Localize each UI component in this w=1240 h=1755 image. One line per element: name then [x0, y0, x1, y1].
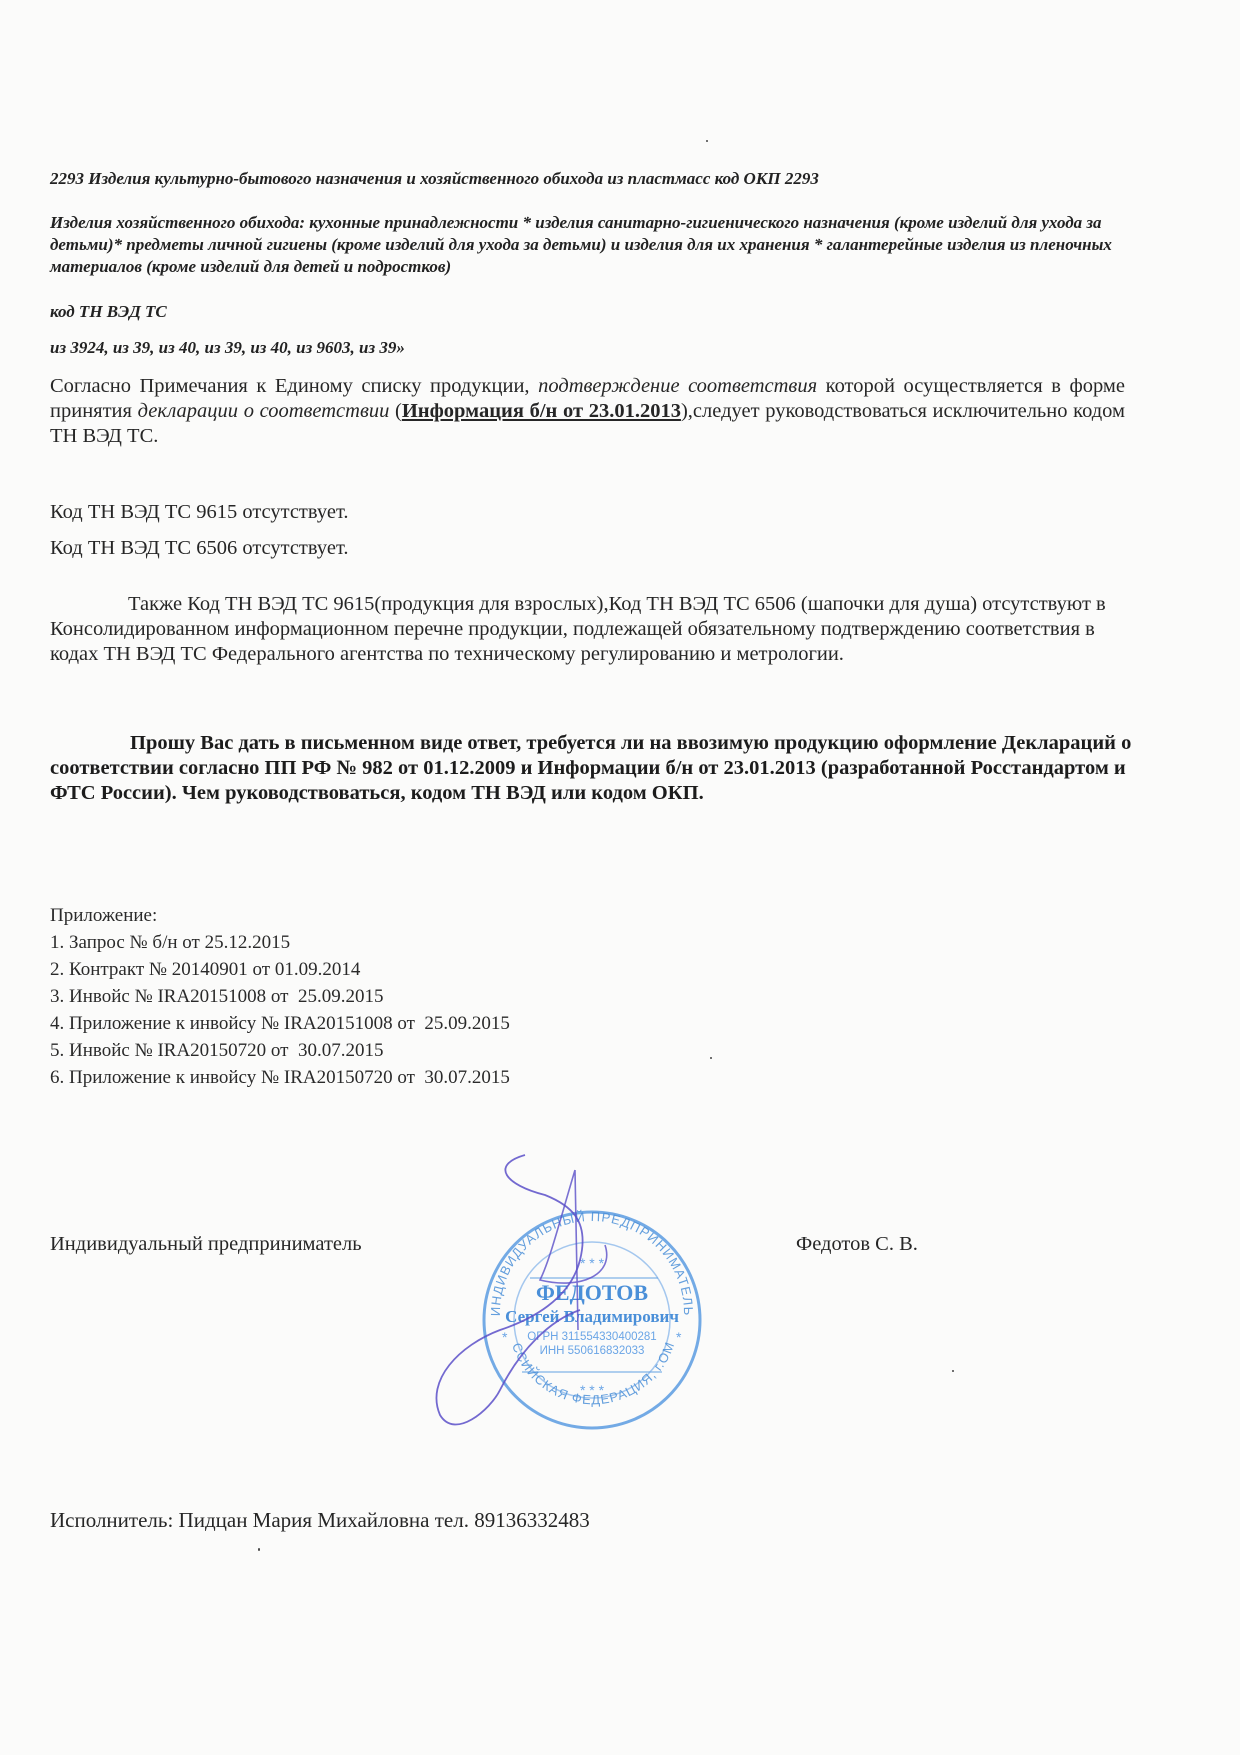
absent-code-9615: Код ТН ВЭД ТС 9615 отсутствует. — [50, 500, 349, 525]
round-seal-icon: ИНДИВИДУАЛЬНЫЙ ПРЕДПРИНИМАТЕЛЬ РОССИЙСКА… — [430, 1150, 750, 1450]
products-description: Изделия хозяйственного обихода: кухонные… — [50, 212, 1115, 278]
stamp-star-left: * — [502, 1329, 508, 1345]
request-paragraph: Прошу Вас дать в письменном виде ответ, … — [50, 731, 1135, 806]
note-italic-confirmation: подтверждение соответствия — [538, 375, 817, 397]
attachment-item: 5. Инвойс № IRA20150720 от 30.07.2015 — [50, 1037, 510, 1064]
executor-contact: Исполнитель: Пидцан Мария Михайловна тел… — [50, 1508, 590, 1533]
signer-name: Федотов С. В. — [796, 1232, 918, 1257]
attachment-item: 4. Приложение к инвойсу № IRA20151008 от… — [50, 1010, 510, 1037]
attachment-item: 3. Инвойс № IRA20151008 от 25.09.2015 — [50, 983, 510, 1010]
signer-position: Индивидуальный предприниматель — [50, 1232, 362, 1257]
stamp-star-right: * — [676, 1329, 682, 1345]
tnved-codes: из 3924, из 39, из 40, из 39, из 40, из … — [50, 337, 405, 359]
note-italic-declaration: декларации о соответствии — [138, 400, 390, 422]
attachments-title: Приложение: — [50, 902, 510, 929]
note-text-1: Согласно Примечания к Единому списку про… — [50, 375, 538, 397]
scan-speck — [710, 1057, 712, 1059]
note-text-3: ( — [389, 400, 402, 422]
attachment-item: 2. Контракт № 20140901 от 01.09.2014 — [50, 956, 510, 983]
scan-speck — [952, 1370, 954, 1372]
stamp-inn: ИНН 550616832033 — [540, 1345, 645, 1357]
note-paragraph: Согласно Примечания к Единому списку про… — [50, 374, 1125, 449]
attachments-section: Приложение: 1. Запрос № б/н от 25.12.201… — [50, 902, 510, 1091]
scan-speck — [706, 140, 708, 142]
scan-speck — [258, 1548, 260, 1551]
absent-code-6506: Код ТН ВЭД ТС 6506 отсутствует. — [50, 536, 349, 561]
okp-heading: 2293 Изделия культурно-бытового назначен… — [50, 168, 1090, 190]
stamp-stars-top: * * * — [580, 1255, 605, 1271]
stamp-ogrn: ОГРН 311554330400281 — [527, 1331, 656, 1343]
seal-stamp: ИНДИВИДУАЛЬНЫЙ ПРЕДПРИНИМАТЕЛЬ РОССИЙСКА… — [430, 1150, 750, 1450]
stamp-stars-bottom: * * * — [580, 1382, 605, 1398]
attachment-item: 1. Запрос № б/н от 25.12.2015 — [50, 929, 510, 956]
attachment-item: 6. Приложение к инвойсу № IRA20150720 от… — [50, 1064, 510, 1091]
consolidated-list-paragraph: Также Код ТН ВЭД ТС 9615(продукция для в… — [50, 592, 1110, 667]
tnved-label: код ТН ВЭД ТС — [50, 301, 167, 323]
information-reference-link[interactable]: Информация б/н от 23.01.2013 — [402, 400, 681, 422]
